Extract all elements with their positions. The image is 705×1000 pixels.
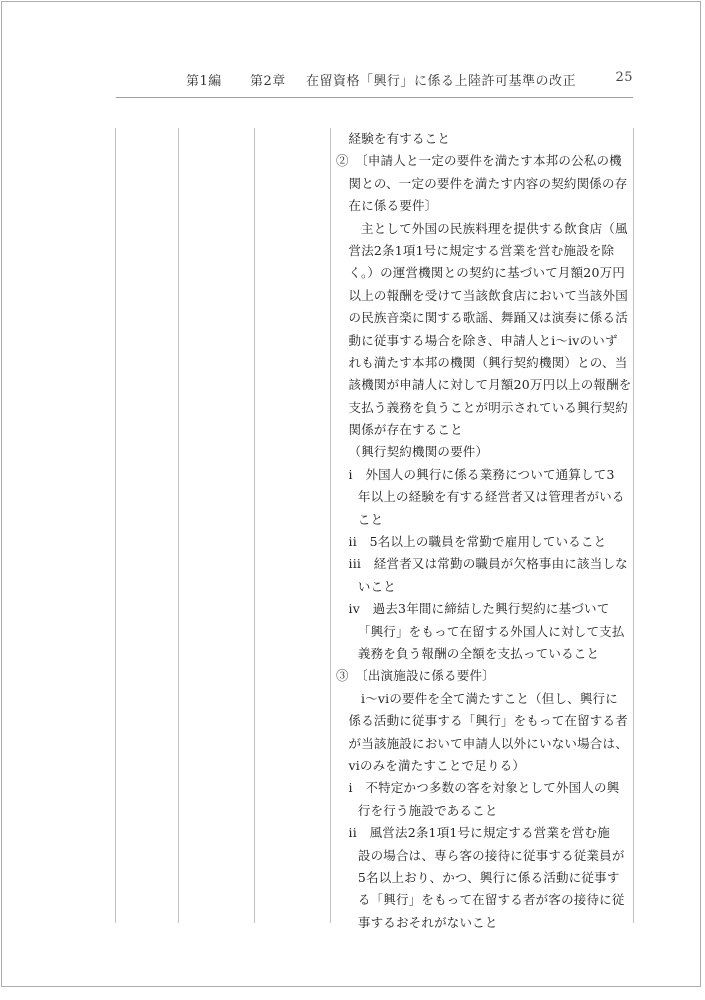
text-line: 関係が存在すること — [330, 419, 633, 441]
text-line: ii 風営法2条1項1号に規定する営業を営む施 — [330, 822, 633, 844]
header-part-label: 第1編 — [186, 70, 222, 89]
text-line: iii 経営者又は常勤の職員が欠格事由に該当しな — [330, 553, 633, 575]
text-line: 設の場合は、専ら客の接待に従事する従業員が — [330, 845, 633, 867]
text-line: 経験を有すること — [330, 128, 633, 150]
page-header: 第1編 第2章 在留資格「興行」に係る上陸許可基準の改正 25 — [0, 70, 705, 90]
page-number: 25 — [615, 70, 633, 85]
text-line: 関との、一定の要件を満たす内容の契約関係の存 — [330, 173, 633, 195]
table-column-divider — [178, 128, 179, 923]
table-text-column: 経験を有すること② 〔申請人と一定の要件を満たす本邦の公私の機関との、一定の要件… — [330, 128, 633, 934]
text-line: る「興行」をもって在留する者が客の接待に従 — [330, 889, 633, 911]
text-line: 5名以上おり、かつ、興行に係る活動に従事す — [330, 867, 633, 889]
text-line: i 不特定かつ多数の客を対象として外国人の興 — [330, 777, 633, 799]
text-line: 動に従事する場合を除き、申請人とi～ivのいず — [330, 330, 633, 352]
text-line: viのみを満たすことで足りる） — [330, 755, 633, 777]
header-chapter-title: 在留資格「興行」に係る上陸許可基準の改正 — [306, 70, 576, 89]
text-line: 支払う義務を負うことが明示されている興行契約 — [330, 397, 633, 419]
text-line: 行を行う施設であること — [330, 800, 633, 822]
text-line: （興行契約機関の要件） — [330, 441, 633, 463]
table-column-divider — [254, 128, 255, 923]
text-line: 該機関が申請人に対して月額20万円以上の報酬を — [330, 374, 633, 396]
text-line: 義務を負う報酬の全額を支払っていること — [330, 643, 633, 665]
text-line: 在に係る要件〕 — [330, 195, 633, 217]
text-line: く。）の運営機関との契約に基づいて月額20万円 — [330, 262, 633, 284]
text-line: ② 〔申請人と一定の要件を満たす本邦の公私の機 — [330, 150, 633, 172]
text-line: 以上の報酬を受けて当該飲食店において当該外国 — [330, 285, 633, 307]
header-rule — [116, 97, 633, 98]
text-line: 年以上の経験を有する経営者又は管理者がいる — [330, 486, 633, 508]
text-line: ③ 〔出演施設に係る要件〕 — [330, 665, 633, 687]
text-line: ii 5名以上の職員を常勤で雇用していること — [330, 531, 633, 553]
text-line: i 外国人の興行に係る業務について通算して3 — [330, 464, 633, 486]
text-line: れも満たす本邦の機関（興行契約機関）との、当 — [330, 352, 633, 374]
text-line: 主として外国の民族料理を提供する飲食店（風 — [330, 218, 633, 240]
text-line: 係る活動に従事する「興行」をもって在留する者 — [330, 710, 633, 732]
text-line: 「興行」をもって在留する外国人に対して支払 — [330, 621, 633, 643]
header-chapter-label: 第2章 — [250, 70, 286, 89]
table-column-divider — [633, 128, 634, 923]
text-line: i～viの要件を全て満たすこと（但し、興行に — [330, 688, 633, 710]
text-line: 事するおそれがないこと — [330, 912, 633, 934]
text-line: いこと — [330, 576, 633, 598]
text-line: iv 過去3年間に締結した興行契約に基づいて — [330, 598, 633, 620]
text-line: こと — [330, 509, 633, 531]
table-column-divider — [115, 128, 116, 923]
book-page: 第1編 第2章 在留資格「興行」に係る上陸許可基準の改正 25 経験を有すること… — [0, 0, 705, 1000]
text-line: が当該施設において申請人以外にいない場合は、 — [330, 733, 633, 755]
text-line: の民族音楽に関する歌謡、舞踊又は演奏に係る活 — [330, 307, 633, 329]
text-line: 営法2条1項1号に規定する営業を営む施設を除 — [330, 240, 633, 262]
